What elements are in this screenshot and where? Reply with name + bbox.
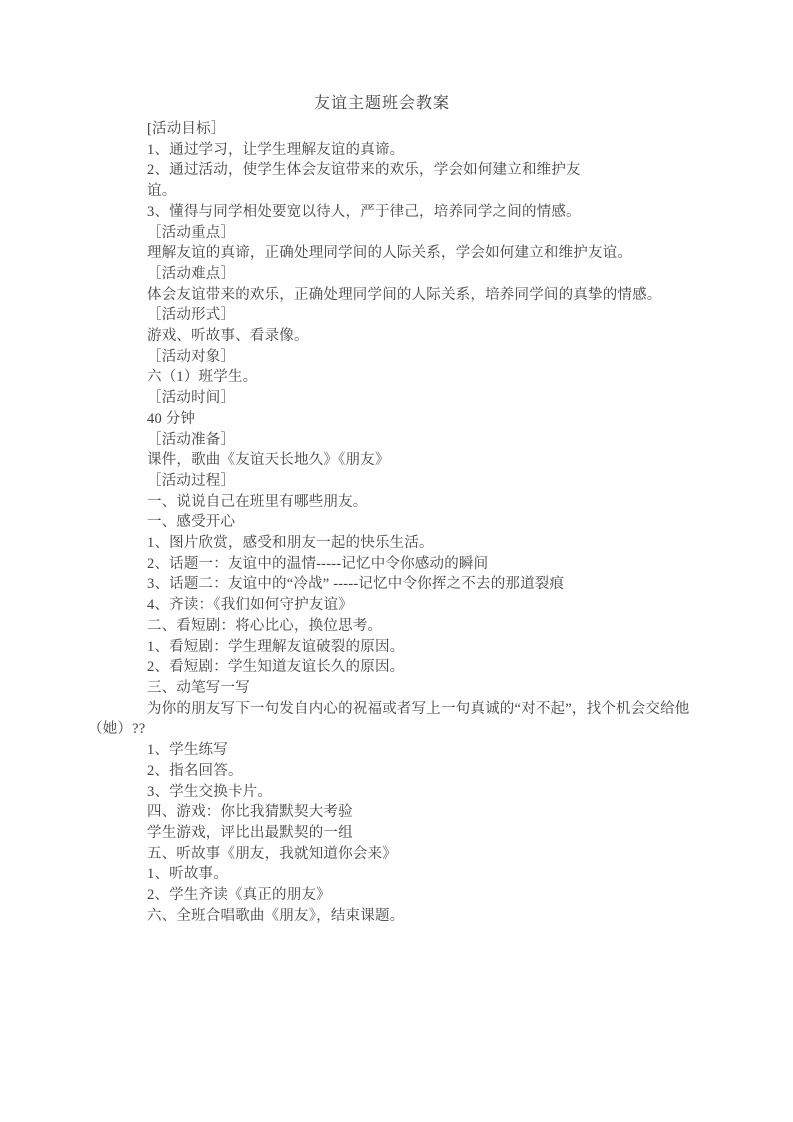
text-line: 理解友谊的真谛，正确处理同学间的人际关系，学会如何建立和维护友谊。: [88, 243, 676, 264]
text-line: 3、懂得与同学相处要宽以待人，严于律己，培养同学之间的情感。: [88, 202, 676, 223]
text-line: 1、听故事。: [88, 864, 676, 885]
text-line: 四、游戏：你比我猜默契大考验: [88, 802, 676, 823]
text-line: 2、指名回答。: [88, 761, 676, 782]
text-line: 1、看短剧：学生理解友谊破裂的原因。: [88, 637, 676, 658]
text-line: ［活动过程］: [88, 471, 676, 492]
text-line: 3、话题二：友谊中的“冷战” -----记忆中令你挥之不去的那道裂痕: [88, 574, 676, 595]
text-line: 为你的朋友写下一句发自内心的祝福或者写上一句真诚的“对不起”，找个机会交给他: [88, 699, 676, 720]
text-line: 课件，歌曲《友谊天长地久》《朋友》: [88, 450, 676, 471]
text-line: 三、动笔写一写: [88, 678, 676, 699]
document-title: 友谊主题班会教案: [88, 92, 676, 116]
text-line: 1、通过学习，让学生理解友谊的真谛。: [88, 140, 676, 161]
text-line: 2、看短剧：学生知道友谊长久的原因。: [88, 657, 676, 678]
text-line: 二、看短剧：将心比心，换位思考。: [88, 616, 676, 637]
text-line: ［活动对象］: [88, 347, 676, 368]
text-line: 五、听故事《朋友，我就知道你会来》: [88, 844, 676, 865]
text-line: 3、学生交换卡片。: [88, 782, 676, 803]
text-line: 六、全班合唱歌曲《朋友》，结束课题。: [88, 906, 676, 927]
document-lines: [活动目标］ 1、通过学习，让学生理解友谊的真谛。 2、通过活动，使学生体会友谊…: [88, 119, 676, 926]
text-line: 1、学生练写: [88, 740, 676, 761]
text-line: 2、学生齐读《真正的朋友》: [88, 885, 676, 906]
text-line: 4、齐读：《我们如何守护友谊》: [88, 595, 676, 616]
text-line: ［活动形式］: [88, 305, 676, 326]
text-line: 六（1）班学生。: [88, 367, 676, 388]
text-line: （她）??: [88, 719, 676, 740]
text-line: ［活动重点］: [88, 223, 676, 244]
text-line: 一、感受开心: [88, 512, 676, 533]
text-line: 游戏、听故事、看录像。: [88, 326, 676, 347]
text-line: ［活动准备］: [88, 430, 676, 451]
text-line: ［活动时间］: [88, 388, 676, 409]
text-line: [活动目标］: [88, 119, 676, 140]
text-line: 1、图片欣赏，感受和朋友一起的快乐生活。: [88, 533, 676, 554]
text-line: 40 分钟: [88, 409, 676, 430]
text-line: 2、话题一：友谊中的温情-----记忆中令你感动的瞬间: [88, 554, 676, 575]
text-line: 学生游戏，评比出最默契的一组: [88, 823, 676, 844]
text-line: 体会友谊带来的欢乐，正确处理同学间的人际关系，培养同学间的真挚的情感。: [88, 285, 676, 306]
text-line: ［活动难点］: [88, 264, 676, 285]
text-line: 一、说说自己在班里有哪些朋友。: [88, 492, 676, 513]
document-page: 友谊主题班会教案 [活动目标］ 1、通过学习，让学生理解友谊的真谛。 2、通过活…: [0, 0, 793, 1122]
text-line: 谊。: [88, 181, 676, 202]
text-line: 2、通过活动，使学生体会友谊带来的欢乐，学会如何建立和维护友: [88, 160, 676, 181]
